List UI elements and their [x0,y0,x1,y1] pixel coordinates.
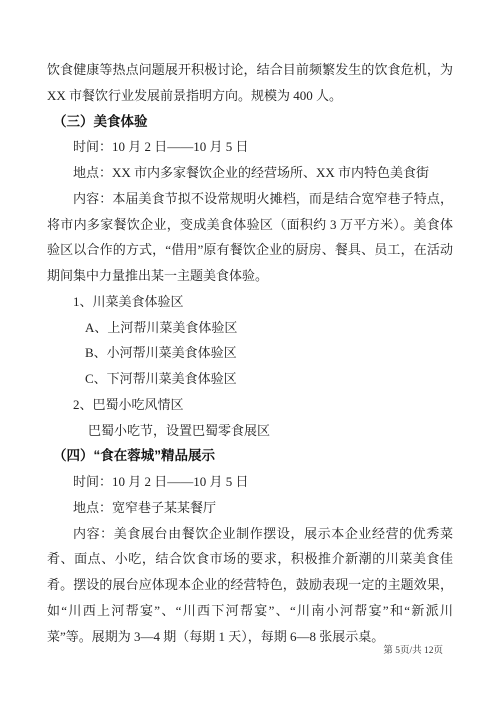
list-item-level2: C、下河帮川菜美食体验区 [47,366,453,392]
list-item-detail: 巴蜀小吃节，设置巴蜀零食展区 [47,418,453,444]
body-paragraph: 时间：10 月 2 日——10 月 5 日 [47,134,453,160]
list-item-level1: 1、川菜美食体验区 [47,289,453,315]
page-number: 第 5页/共 12页 [383,645,443,657]
body-paragraph: 饮食健康等热点问题展开积极讨论，结合目前频繁发生的饮食危机，为 XX 市餐饮行业… [47,57,453,109]
list-item-level2: B、小河帮川菜美食体验区 [47,340,453,366]
body-paragraph: 地点：XX 市内多家餐饮企业的经营场所、XX 市内特色美食街 [47,160,453,186]
document-body: 饮食健康等热点问题展开积极讨论，结合目前频繁发生的饮食危机，为 XX 市餐饮行业… [47,57,453,649]
section-heading: （四）“食在蓉城”精品展示 [47,443,453,469]
body-paragraph: 时间：10 月 2 日——10 月 5 日 [47,469,453,495]
body-paragraph: 内容：本届美食节拟不设常规明火摊档，而是结合宽窄巷子特点，将市内多家餐饮企业，变… [47,186,453,289]
document-page: 饮食健康等热点问题展开积极讨论，结合目前频繁发生的饮食危机，为 XX 市餐饮行业… [0,0,500,707]
body-paragraph: 地点：宽窄巷子某某餐厅 [47,495,453,521]
list-item-level2: A、上河帮川菜美食体验区 [47,315,453,341]
body-paragraph: 内容：美食展台由餐饮企业制作摆设，展示本企业经营的优秀菜肴、面点、小吃，结合饮食… [47,521,453,650]
list-item-level1: 2、巴蜀小吃风情区 [47,392,453,418]
section-heading: （三）美食体验 [47,109,453,135]
